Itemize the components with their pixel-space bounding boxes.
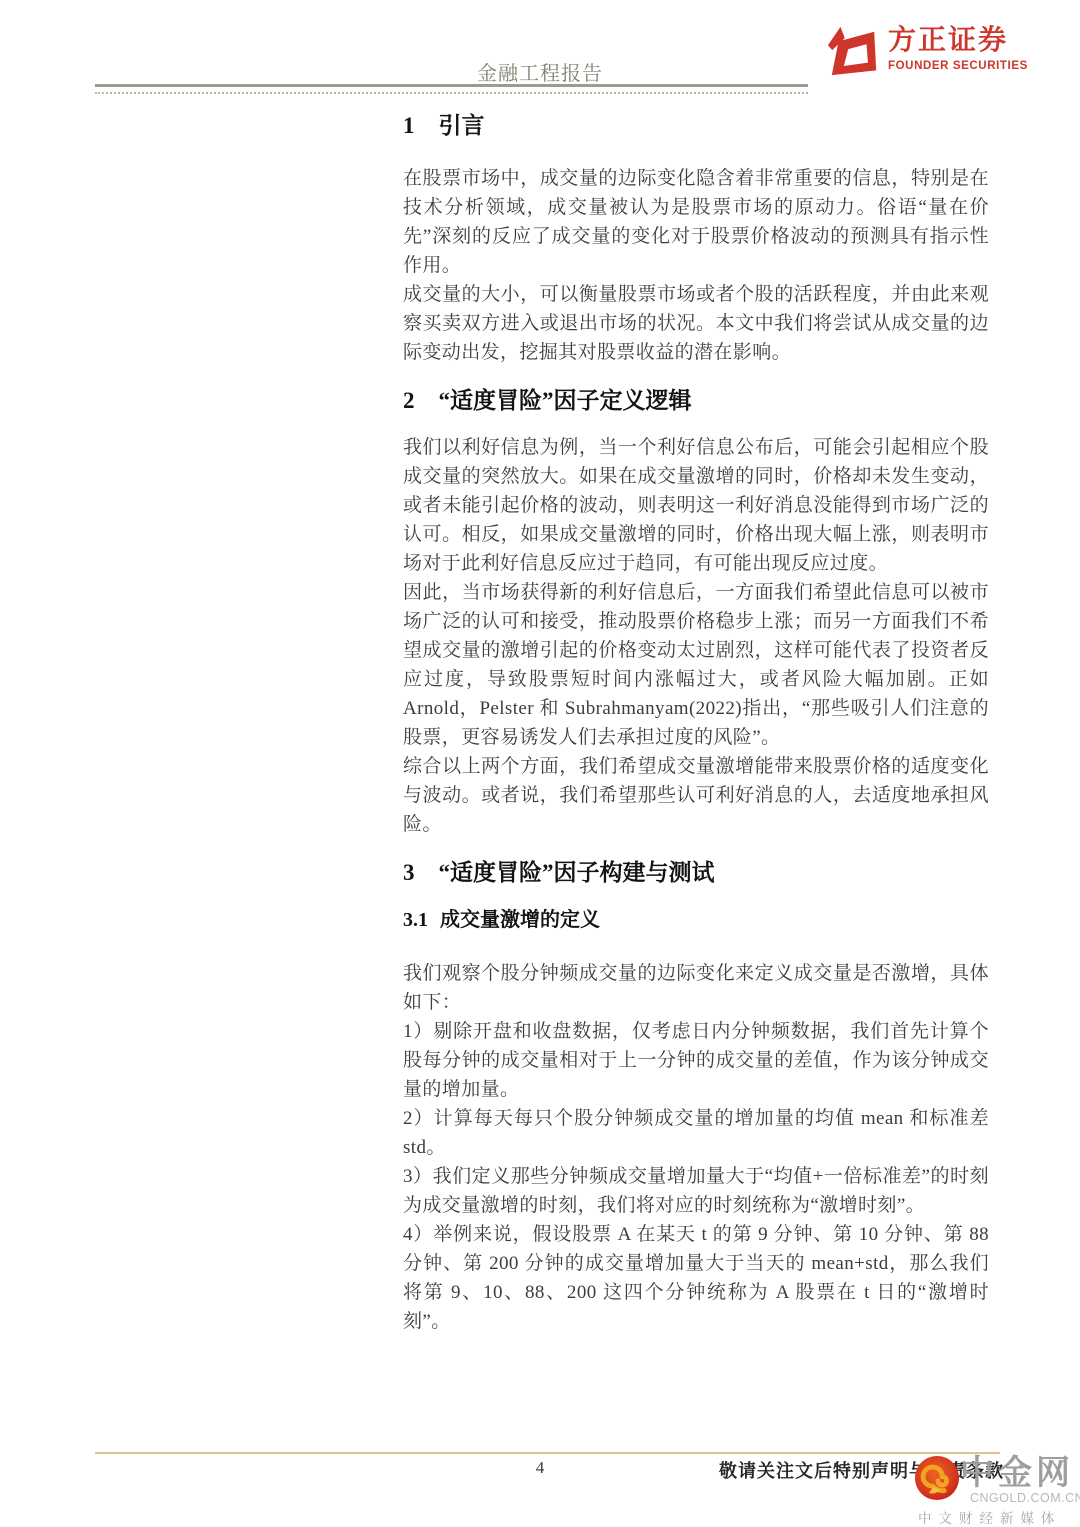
section-heading-1: 1引言	[403, 110, 989, 142]
watermark-brand-text: 中金网	[960, 1457, 1074, 1491]
founder-securities-logo: 方正证券 FOUNDER SECURITIES	[826, 24, 1028, 80]
watermark-tagline-text: 中文财经新媒体	[918, 1507, 1062, 1527]
founder-logo-cn-text: 方正证券	[888, 24, 1028, 56]
cngold-watermark: 中金网 CNGOLD.COM.CN 中文财经新媒体	[912, 1449, 1080, 1524]
subsection-number: 3.1	[403, 909, 428, 931]
cngold-logo-icon	[914, 1455, 960, 1501]
paragraph: 我们以利好信息为例，当一个利好信息公布后，可能会引起相应个股成交量的突然放大。如…	[403, 433, 989, 578]
watermark-domain-text: CNGOLD.COM.CN	[970, 1491, 1080, 1505]
section-heading-2: 2“适度冒险”因子定义逻辑	[403, 385, 989, 417]
founder-logo-en-text: FOUNDER SECURITIES	[888, 60, 1028, 72]
section-number: 2	[403, 388, 415, 413]
paragraph: 在股票市场中，成交量的边际变化隐含着非常重要的信息，特别是在技术分析领域，成交量…	[403, 164, 989, 280]
paragraph: 因此，当市场获得新的利好信息后，一方面我们希望此信息可以被市场广泛的认可和接受，…	[403, 578, 989, 752]
section-title: 引言	[439, 113, 485, 138]
subsection-title: 成交量激增的定义	[440, 909, 600, 931]
paragraph: 综合以上两个方面，我们希望成交量激增能带来股票价格的适度变化与波动。或者说，我们…	[403, 752, 989, 839]
list-item-1: 1）剔除开盘和收盘数据，仅考虑日内分钟频数据，我们首先计算个股每分钟的成交量相对…	[403, 1017, 989, 1104]
list-item-3: 3）我们定义那些分钟频成交量增加量大于“均值+一倍标准差”的时刻为成交量激增的时…	[403, 1162, 989, 1220]
header-dotted-rule	[95, 92, 808, 94]
document-body: 1引言 在股票市场中，成交量的边际变化隐含着非常重要的信息，特别是在技术分析领域…	[403, 110, 989, 1336]
header-rule	[95, 84, 808, 87]
founder-logo-icon	[826, 24, 880, 80]
section-number: 1	[403, 113, 415, 138]
report-page: 金融工程报告 方正证券 FOUNDER SECURITIES 1引言 在股票市场…	[0, 0, 1080, 1527]
subsection-heading-3-1: 3.1成交量激增的定义	[403, 907, 989, 933]
paragraph: 成交量的大小，可以衡量股票市场或者个股的活跃程度，并由此来观察买卖双方进入或退出…	[403, 280, 989, 367]
section-heading-3: 3“适度冒险”因子构建与测试	[403, 857, 989, 889]
section-title: “适度冒险”因子定义逻辑	[439, 388, 692, 413]
footer-rule	[95, 1452, 1000, 1454]
paragraph: 我们观察个股分钟频成交量的边际变化来定义成交量是否激增，具体如下：	[403, 959, 989, 1017]
list-item-2: 2）计算每天每只个股分钟频成交量的增加量的均值 mean 和标准差 std。	[403, 1104, 989, 1162]
list-item-4: 4）举例来说，假设股票 A 在某天 t 的第 9 分钟、第 10 分钟、第 88…	[403, 1220, 989, 1336]
section-number: 3	[403, 860, 415, 885]
section-title: “适度冒险”因子构建与测试	[439, 860, 715, 885]
